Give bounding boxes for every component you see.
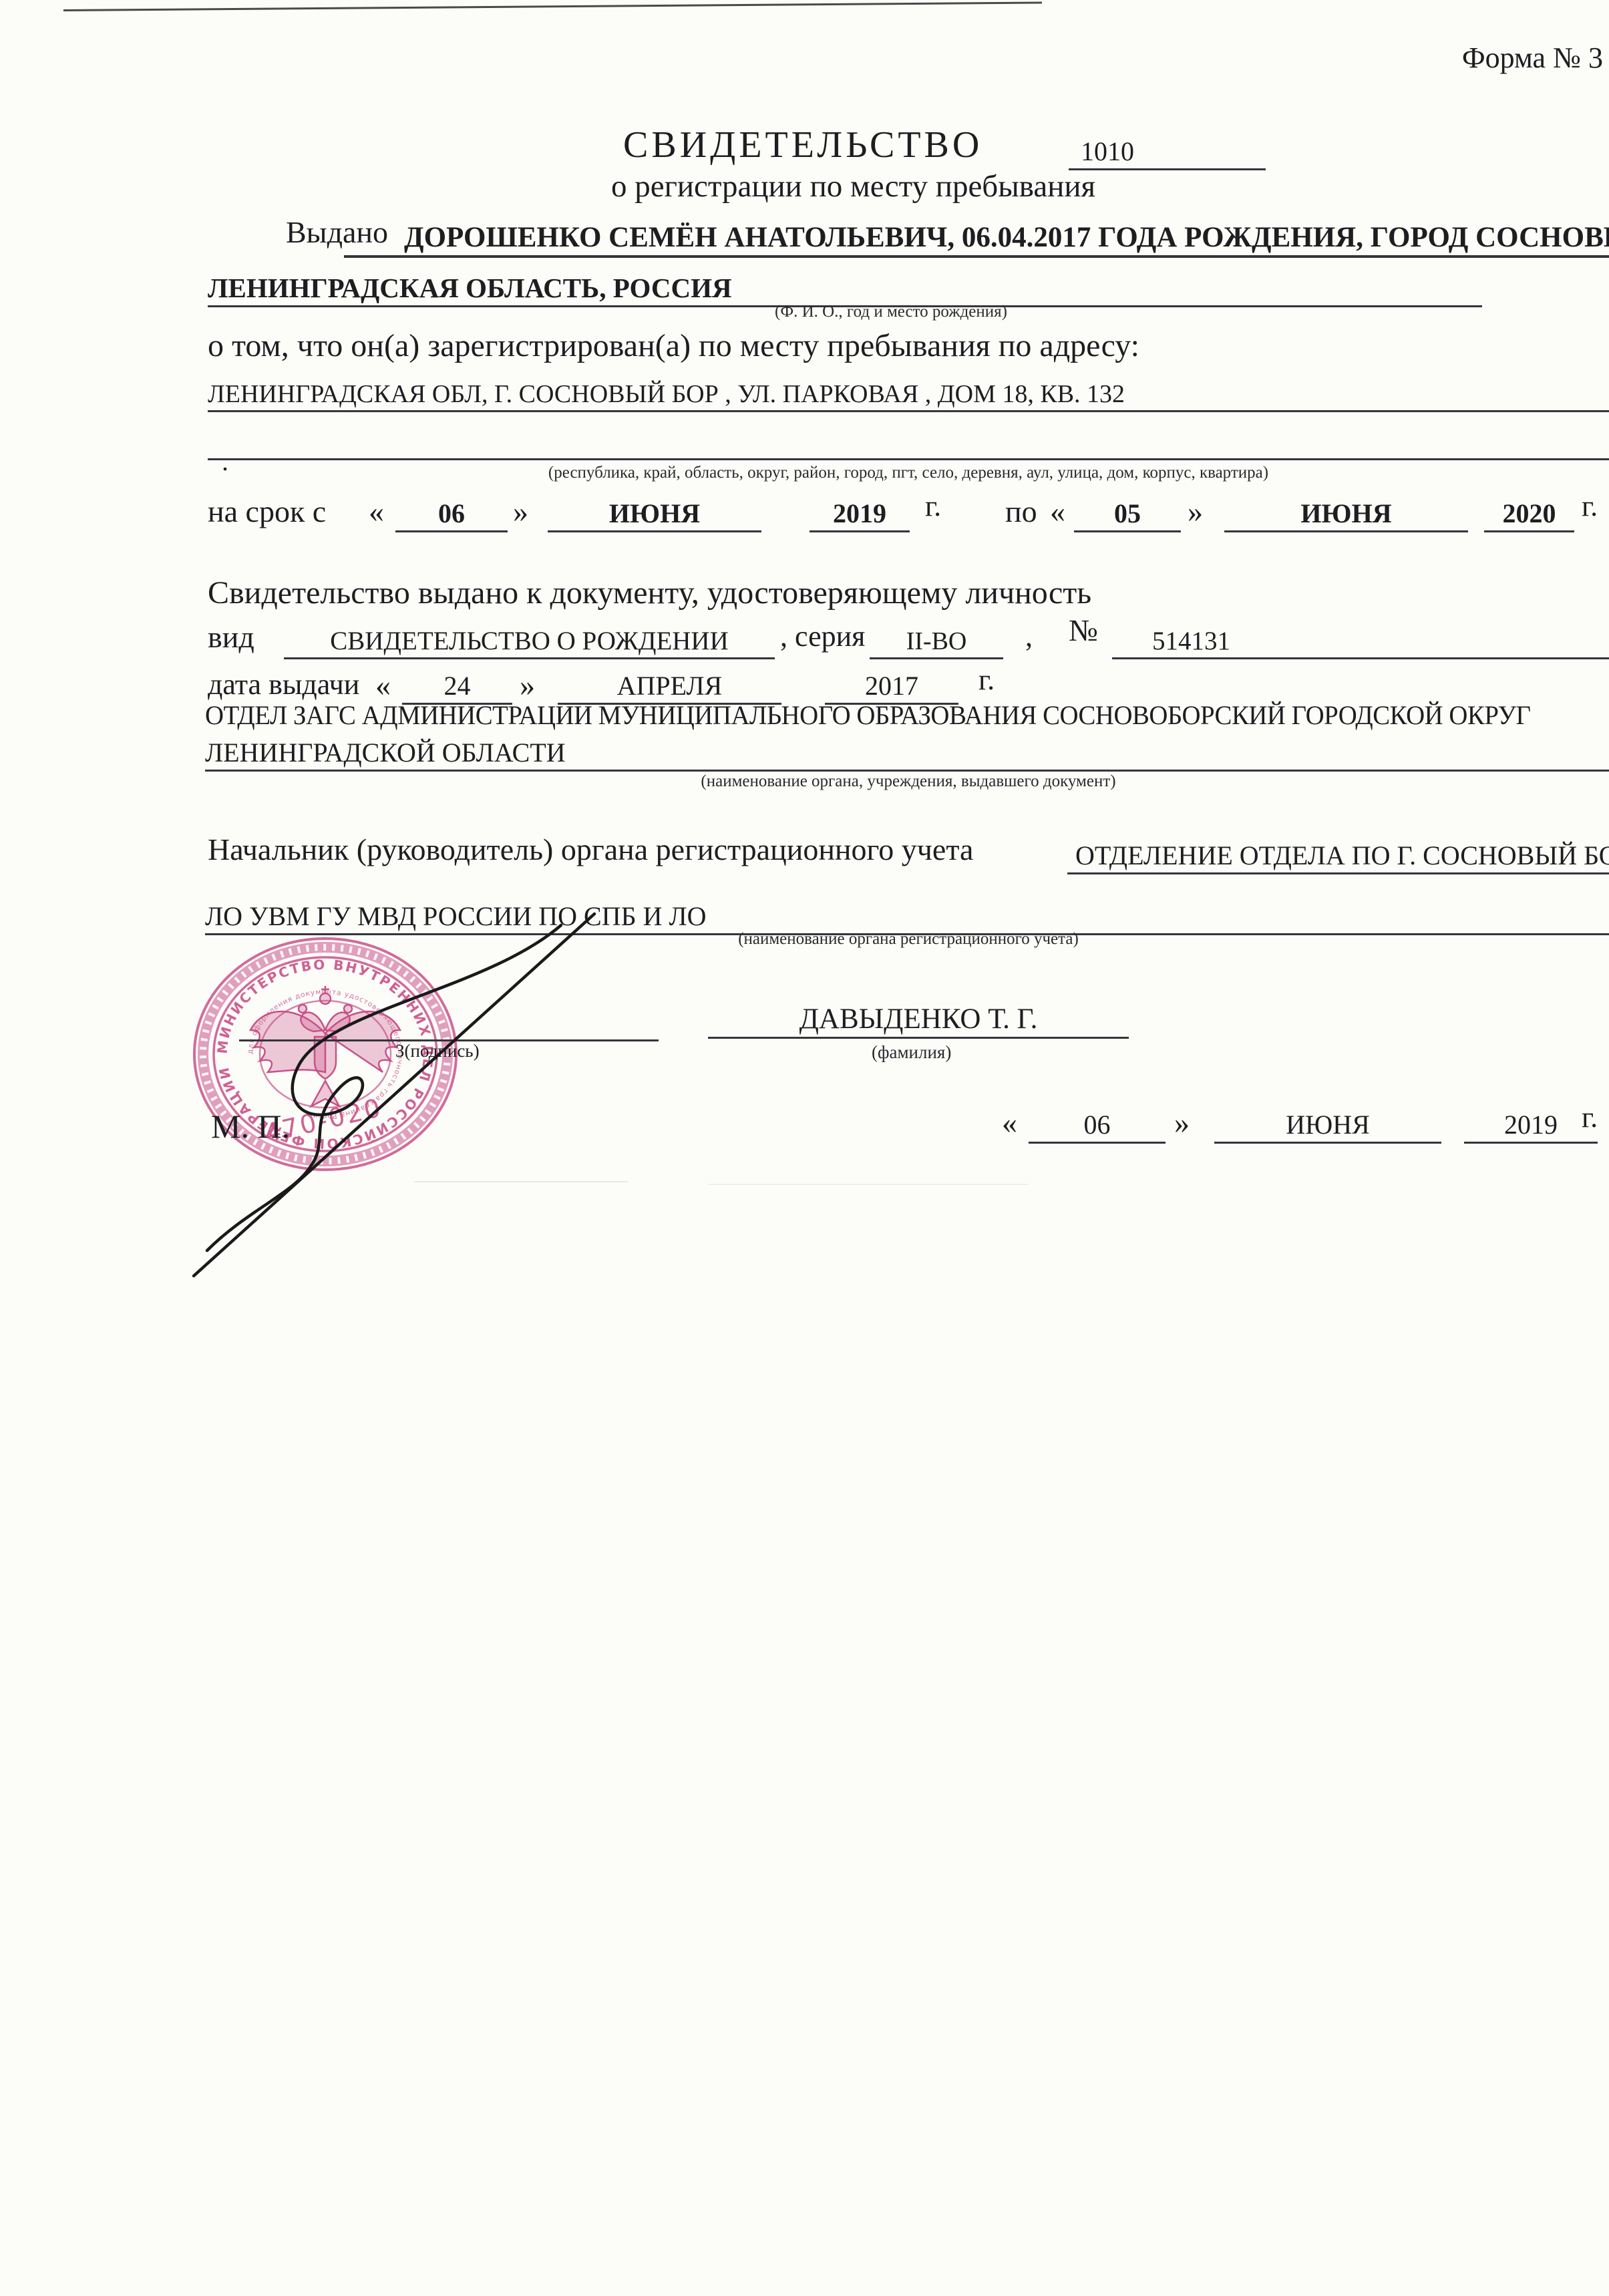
- issued-name-line2: ЛЕНИНГРАДСКАЯ ОБЛАСТЬ, РОССИЯ: [208, 272, 732, 305]
- period-to-day: 05: [1114, 498, 1141, 530]
- number-sign: №: [1069, 613, 1098, 649]
- address-field: ЛЕНИНГРАДСКАЯ ОБЛ, Г. СОСНОВЫЙ БОР , УЛ.…: [208, 373, 1609, 412]
- year-suffix-4: г.: [1582, 1101, 1598, 1135]
- scan-noise-line-2: [708, 1184, 1029, 1185]
- surname-field: ДАВЫДЕНКО Т. Г.: [708, 998, 1129, 1039]
- certificate-number: 1010: [1069, 136, 1134, 168]
- form-number-label: Форма № 3: [1436, 41, 1603, 75]
- bottom-month-value: ИЮНЯ: [1286, 1109, 1370, 1142]
- issuer-line1: ОТДЕЛ ЗАГС АДМИНИСТРАЦИИ МУНИЦИПАЛЬНОГО …: [205, 700, 1530, 731]
- issued-name-field: ДОРОШЕНКО СЕМЁН АНАТОЛЬЕВИЧ, 06.04.2017 …: [344, 216, 1609, 258]
- document-intro: Свидетельство выдано к документу, удосто…: [208, 575, 1091, 611]
- issuer-caption: (наименование органа, учреждения, выдавш…: [208, 772, 1609, 791]
- period-to-day-field: 05: [1074, 496, 1181, 532]
- period-to-month-field: ИЮНЯ: [1224, 496, 1468, 532]
- period-from-month: ИЮНЯ: [609, 498, 700, 530]
- close-quote-1: »: [513, 494, 528, 530]
- open-quote-1: «: [369, 494, 384, 530]
- period-to-year-field: 2020: [1484, 496, 1574, 532]
- series-comma: ,: [1025, 620, 1033, 654]
- registrar-head-label: Начальник (руководитель) органа регистра…: [208, 832, 973, 868]
- registrar-org-line1: ОТДЕЛЕНИЕ ОТДЕЛА ПО Г. СОСНОВЫЙ БО: [1067, 840, 1609, 872]
- doc-type-value: СВИДЕТЕЛЬСТВО О РОЖДЕНИИ: [330, 626, 729, 657]
- fio-caption: (Ф. И. О., год и место рождения): [775, 303, 1007, 322]
- page-title: СВИДЕТЕЛЬСТВО: [623, 124, 982, 166]
- scan-noise-line: [414, 1181, 628, 1182]
- issue-month-value: АПРЕЛЯ: [617, 670, 723, 703]
- open-quote-2: «: [1050, 494, 1065, 530]
- period-from-year-field: 2019: [810, 496, 910, 532]
- issue-day-value: 24: [444, 670, 471, 703]
- registration-statement: о том, что он(а) зарегистрирован(а) по м…: [208, 327, 1139, 364]
- bottom-year-value: 2019: [1504, 1109, 1558, 1142]
- address-caption: (республика, край, область, округ, район…: [208, 464, 1609, 482]
- surname-caption: (фамилия): [872, 1042, 951, 1063]
- period-to-label: по: [1005, 494, 1037, 530]
- bottom-month-field: ИЮНЯ: [1214, 1107, 1441, 1144]
- series-value: II-ВО: [906, 627, 967, 657]
- issue-year-value: 2017: [865, 670, 918, 703]
- address-value: ЛЕНИНГРАДСКАЯ ОБЛ, Г. СОСНОВЫЙ БОР , УЛ.…: [208, 379, 1125, 410]
- bottom-year-field: 2019: [1464, 1107, 1598, 1144]
- doc-number-field: 514131: [1112, 621, 1609, 659]
- period-from-month-field: ИЮНЯ: [548, 496, 761, 532]
- surname-value: ДАВЫДЕНКО Т. Г.: [799, 1003, 1038, 1037]
- series-field: II-ВО: [870, 621, 1003, 659]
- issuer-line2: ЛЕНИНГРАДСКОЙ ОБЛАСТИ: [205, 737, 566, 770]
- period-prefix: на срок с: [208, 494, 326, 530]
- page-subtitle: о регистрации по месту пребывания: [611, 168, 1095, 204]
- registrar-org-field: ОТДЕЛЕНИЕ ОТДЕЛА ПО Г. СОСНОВЫЙ БО: [1067, 835, 1609, 874]
- issued-name: ДОРОШЕНКО СЕМЁН АНАТОЛЬЕВИЧ, 06.04.2017 …: [344, 221, 1609, 255]
- open-quote-3: «: [375, 668, 391, 703]
- period-from-day-field: 06: [395, 496, 508, 532]
- scan-artifact-line: [63, 1, 1042, 11]
- issue-date-label: дата выдачи: [208, 668, 359, 702]
- doc-type-label: вид: [208, 620, 254, 655]
- open-quote-4: «: [1002, 1106, 1017, 1141]
- doc-number-value: 514131: [1112, 626, 1230, 657]
- bottom-day-field: 06: [1029, 1107, 1166, 1144]
- period-from-year: 2019: [833, 498, 886, 530]
- issuer-line2-field: ЛЕНИНГРАДСКОЙ ОБЛАСТИ: [205, 732, 1609, 772]
- year-suffix-2: г.: [1582, 490, 1598, 524]
- close-quote-2: »: [1188, 494, 1203, 530]
- close-quote-3: »: [520, 668, 535, 703]
- address-field-line2: [208, 422, 1609, 460]
- year-suffix-1: г.: [925, 490, 941, 524]
- doc-type-field: СВИДЕТЕЛЬСТВО О РОЖДЕНИИ: [284, 621, 775, 659]
- certificate-page: Форма № 3 СВИДЕТЕЛЬСТВО 1010 о регистрац…: [0, 0, 1609, 2296]
- year-suffix-3: г.: [978, 663, 995, 697]
- period-from-day: 06: [438, 498, 465, 530]
- certificate-number-field: 1010: [1069, 131, 1266, 170]
- bottom-day-value: 06: [1084, 1109, 1111, 1142]
- period-to-month: ИЮНЯ: [1300, 498, 1391, 530]
- close-quote-4: »: [1174, 1106, 1190, 1141]
- series-label: , серия: [780, 620, 865, 654]
- period-to-year: 2020: [1503, 498, 1556, 530]
- signature-ink: [167, 902, 675, 1289]
- issued-name2-field: ЛЕНИНГРАДСКАЯ ОБЛАСТЬ, РОССИЯ: [208, 269, 1482, 307]
